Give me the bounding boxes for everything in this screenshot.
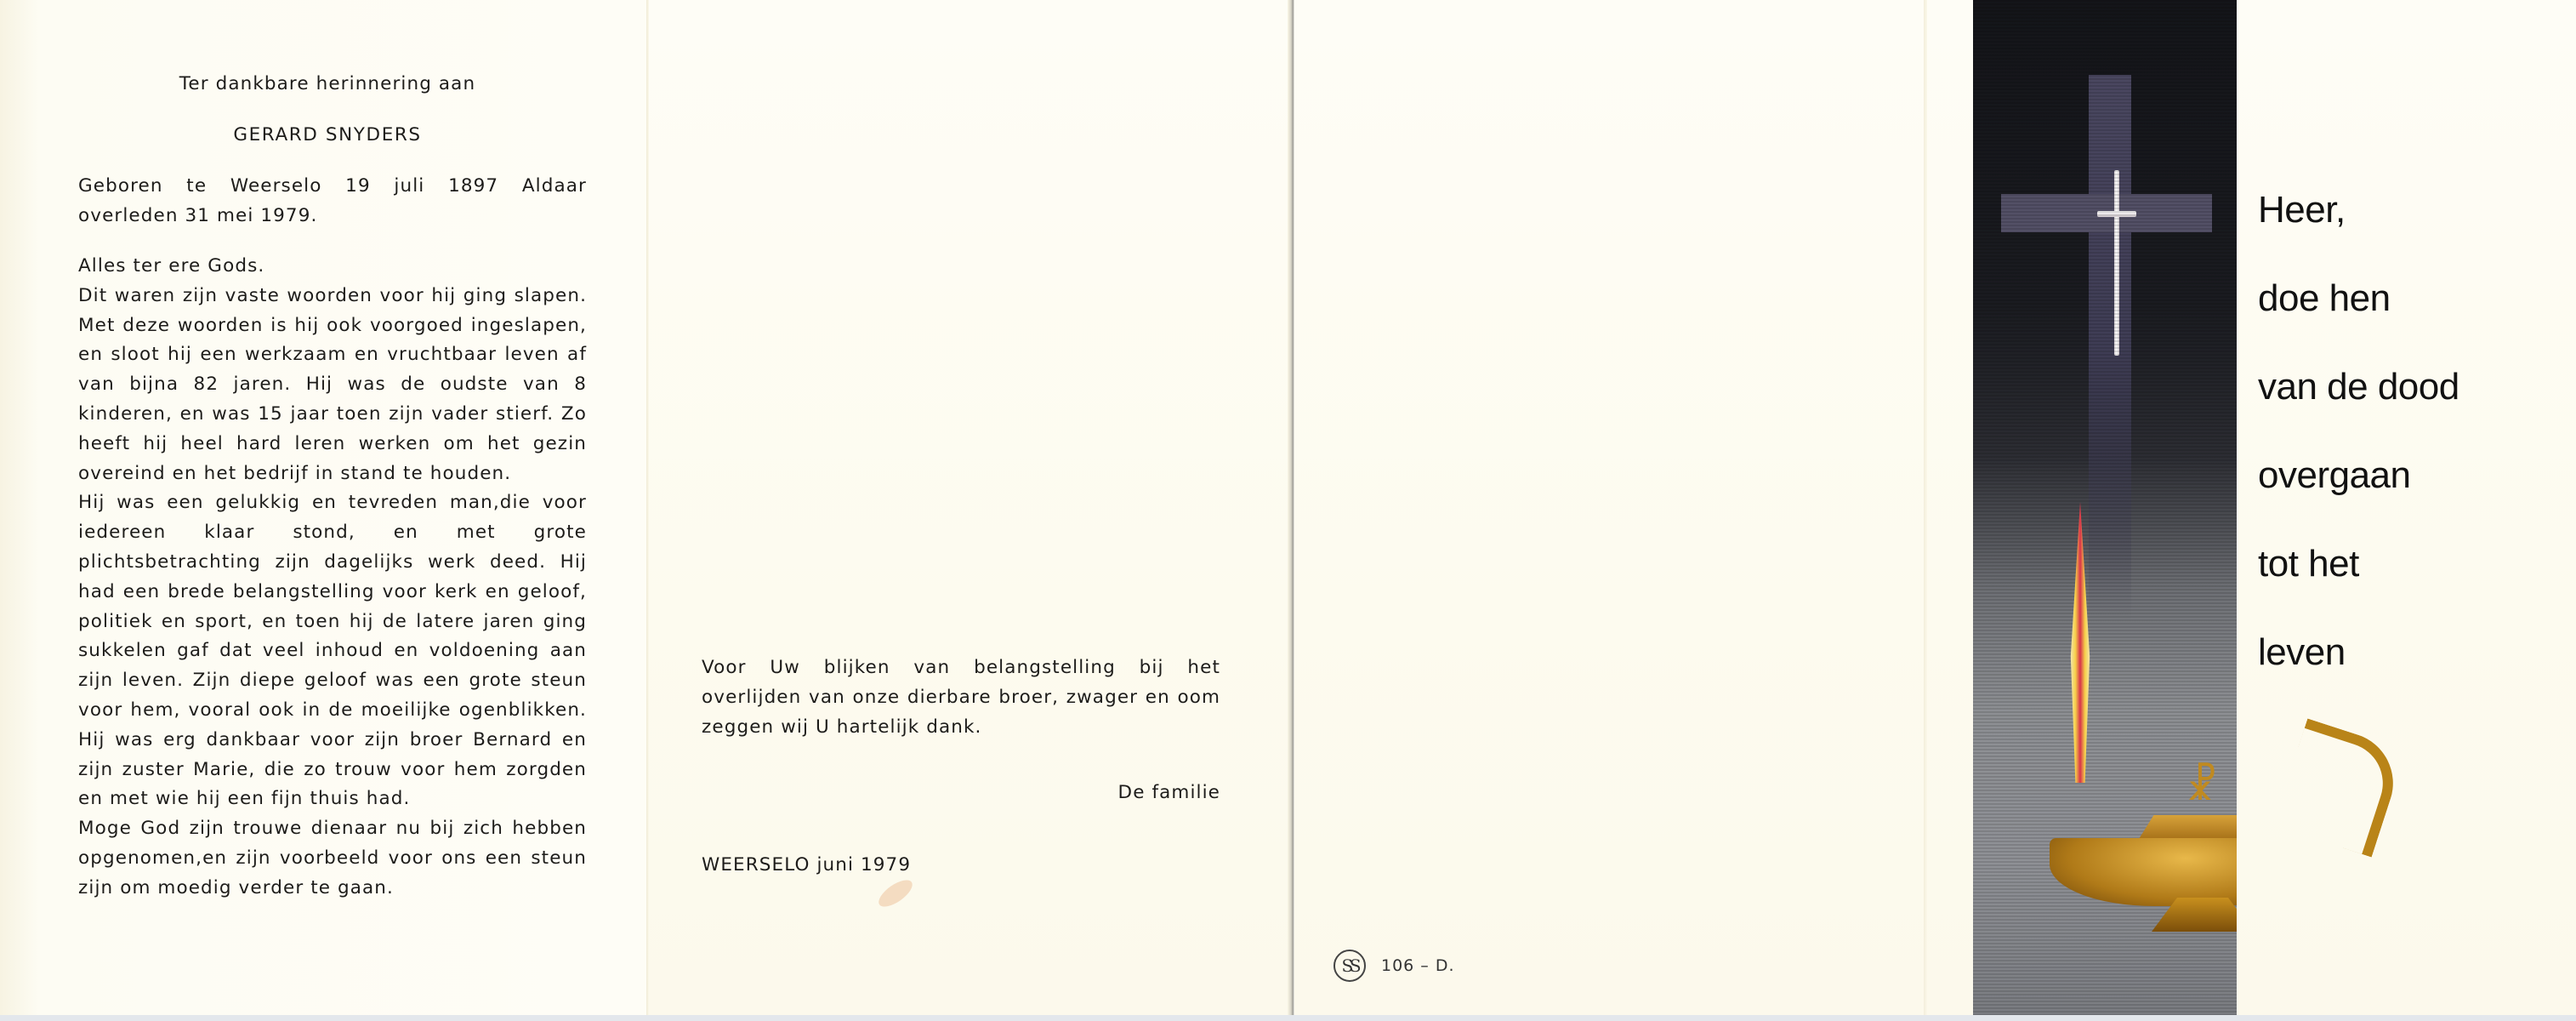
obituary-paragraph: Dit waren zijn vaste woorden voor hij gi…	[78, 282, 587, 489]
fold-line	[1924, 0, 1927, 1015]
verse-line: tot het	[2258, 520, 2459, 608]
verse-line: Heer,	[2258, 166, 2459, 254]
oil-lamp-icon	[2050, 838, 2237, 906]
family-signature: De familie	[702, 779, 1220, 808]
scan-background	[0, 1015, 2576, 1021]
verse-line: van de dood	[2258, 343, 2459, 431]
small-cross-icon	[2114, 170, 2119, 356]
verse-text: Heer, doe hen van de dood overgaan tot h…	[2258, 166, 2459, 697]
printer-mark: SS 106 – D.	[1333, 950, 1455, 982]
verse-line: leven	[2258, 608, 2459, 697]
obituary-paragraph: Moge God zijn trouwe dienaar nu bij zich…	[78, 814, 587, 903]
devotional-image: ☧	[1973, 0, 2237, 1015]
verse-line: overgaan	[2258, 431, 2459, 520]
deceased-name: GERARD SNYDERS	[77, 121, 578, 151]
birth-death-text: Geboren te Weerselo 19 juli 1897 Aldaar …	[78, 172, 587, 231]
memorial-card: Ter dankbare herinnering aan GERARD SNYD…	[0, 0, 2576, 1015]
cross-icon	[2001, 194, 2212, 232]
flame-icon	[2068, 502, 2092, 783]
panel-back	[1294, 0, 1925, 1015]
fold-line	[1288, 0, 1294, 1015]
chi-rho-icon: ☧	[2186, 766, 2218, 807]
verse-line: doe hen	[2258, 254, 2459, 343]
obituary-body: Alles ter ere Gods. Dit waren zijn vaste…	[78, 252, 587, 904]
cross-icon	[2089, 75, 2131, 619]
print-code: 106 – D.	[1381, 956, 1455, 975]
small-cross-icon	[2097, 211, 2136, 217]
printer-logo-icon: SS	[1333, 950, 1366, 982]
dedication-heading: Ter dankbare herinnering aan	[77, 70, 578, 100]
fold-line	[646, 0, 649, 1015]
obituary-paragraph: Alles ter ere Gods.	[78, 252, 587, 282]
obituary-paragraph: Hij was een gelukkig en tevreden man,die…	[78, 488, 587, 814]
place-date: WEERSELO juni 1979	[702, 851, 1220, 881]
thank-you-text: Voor Uw blijken van belangstelling bij h…	[702, 653, 1220, 742]
